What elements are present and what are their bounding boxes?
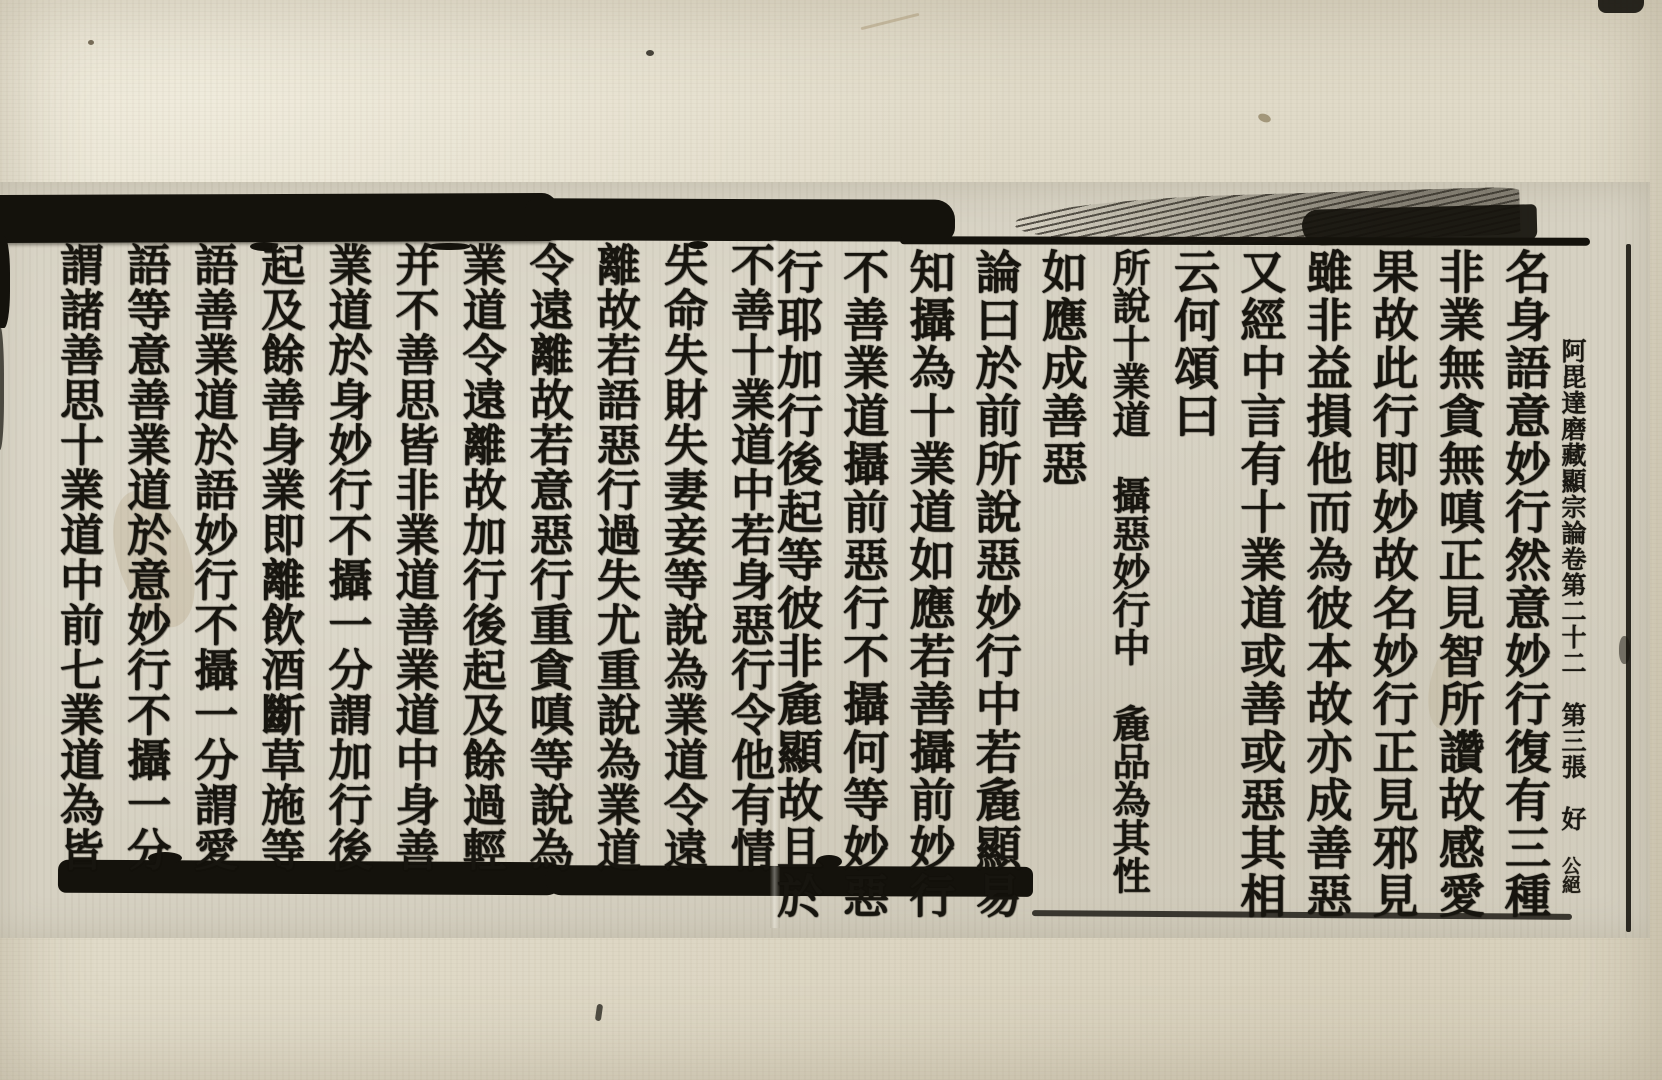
title-column: 阿毘達磨藏顯宗論卷第二十二 第三張 好 — [1550, 338, 1594, 878]
text-column: 論曰於前所說惡妙行中若麁顯易 — [967, 248, 1025, 924]
paper-speck — [88, 40, 94, 45]
ink-border-top — [525, 198, 955, 242]
text-column: 語等意善業道於意妙行不攝一分 — [115, 242, 173, 876]
text-column: 并不善思皆非業道善業道中身善 — [383, 242, 441, 876]
ink-mark-corner — [1598, 0, 1644, 13]
text-block-left-sheet: 不善十業道中若身惡行令他有情 失命失財失妻妾等說為業道令遠 離故若語惡行過失尤重… — [48, 242, 777, 876]
text-column: 果故此行即妙故名妙行正見邪見 — [1364, 248, 1422, 924]
text-block-right-sheet: 名身語意妙行然意妙行復有三種 非業無貪無嗔正見智所讚故感愛 果故此行即妙故名妙行… — [768, 248, 1554, 924]
sheet-border-right — [1626, 244, 1631, 932]
text-column: 非業無貪無嗔正見智所讚故感愛 — [1430, 248, 1488, 924]
paper-fiber — [861, 13, 920, 30]
text-column: 語善業道於語妙行不攝一分謂愛 — [182, 242, 240, 876]
verse-column: 所說十業道 攝惡妙行中 麁品為其性 — [1099, 248, 1157, 924]
verse-column: 如應成善惡 — [1033, 248, 1091, 924]
paper-fleck — [1257, 112, 1272, 124]
text-column: 離故若語惡行過失尤重說為業道 — [585, 242, 643, 876]
text-column: 云何頌曰 — [1165, 248, 1223, 924]
ink-smudge — [1302, 204, 1538, 246]
scroll-title: 阿毘達磨藏顯宗論卷第二十二 — [1558, 338, 1587, 676]
text-column: 不善業道攝前惡行不攝何等妙惡 — [834, 248, 892, 924]
text-column: 業道令遠離故加行後起及餘過輕 — [451, 242, 509, 876]
text-column: 起及餘善身業即離飲酒斷草施等 — [249, 242, 307, 876]
text-column: 不善十業道中若身惡行令他有情 — [719, 242, 777, 876]
sheet-number: 第三張 — [1558, 702, 1587, 780]
manuscript-page: 阿毘達磨藏顯宗論卷第二十二 第三張 好 公絕 名身語意妙行然意妙行復有三種 非業… — [0, 0, 1662, 1080]
text-column: 雖非益損他而為彼本故亦成善惡 — [1297, 248, 1355, 924]
text-column: 名身語意妙行然意妙行復有三種 — [1496, 248, 1554, 924]
ink-border-top — [0, 193, 558, 243]
case-mark: 好 — [1558, 806, 1587, 832]
ink-smudge — [1619, 636, 1630, 664]
text-column: 謂諸善思十業道中前七業道為皆 — [48, 242, 106, 876]
text-column: 令遠離故若意惡行重貪嗔等說為 — [518, 242, 576, 876]
collation-mark: 公絕 — [1553, 856, 1587, 894]
paper-speck — [646, 50, 654, 56]
text-column: 知攝為十業道如應若善攝前妙行 — [900, 248, 958, 924]
text-column: 又經中言有十業道或善或惡其相 — [1231, 248, 1289, 924]
ink-edge-left — [0, 236, 10, 328]
text-column: 業道於身妙行不攝一分謂加行後 — [316, 242, 374, 876]
ink-mark — [595, 1004, 603, 1022]
text-column: 失命失財失妻妾等說為業道令遠 — [652, 242, 710, 876]
